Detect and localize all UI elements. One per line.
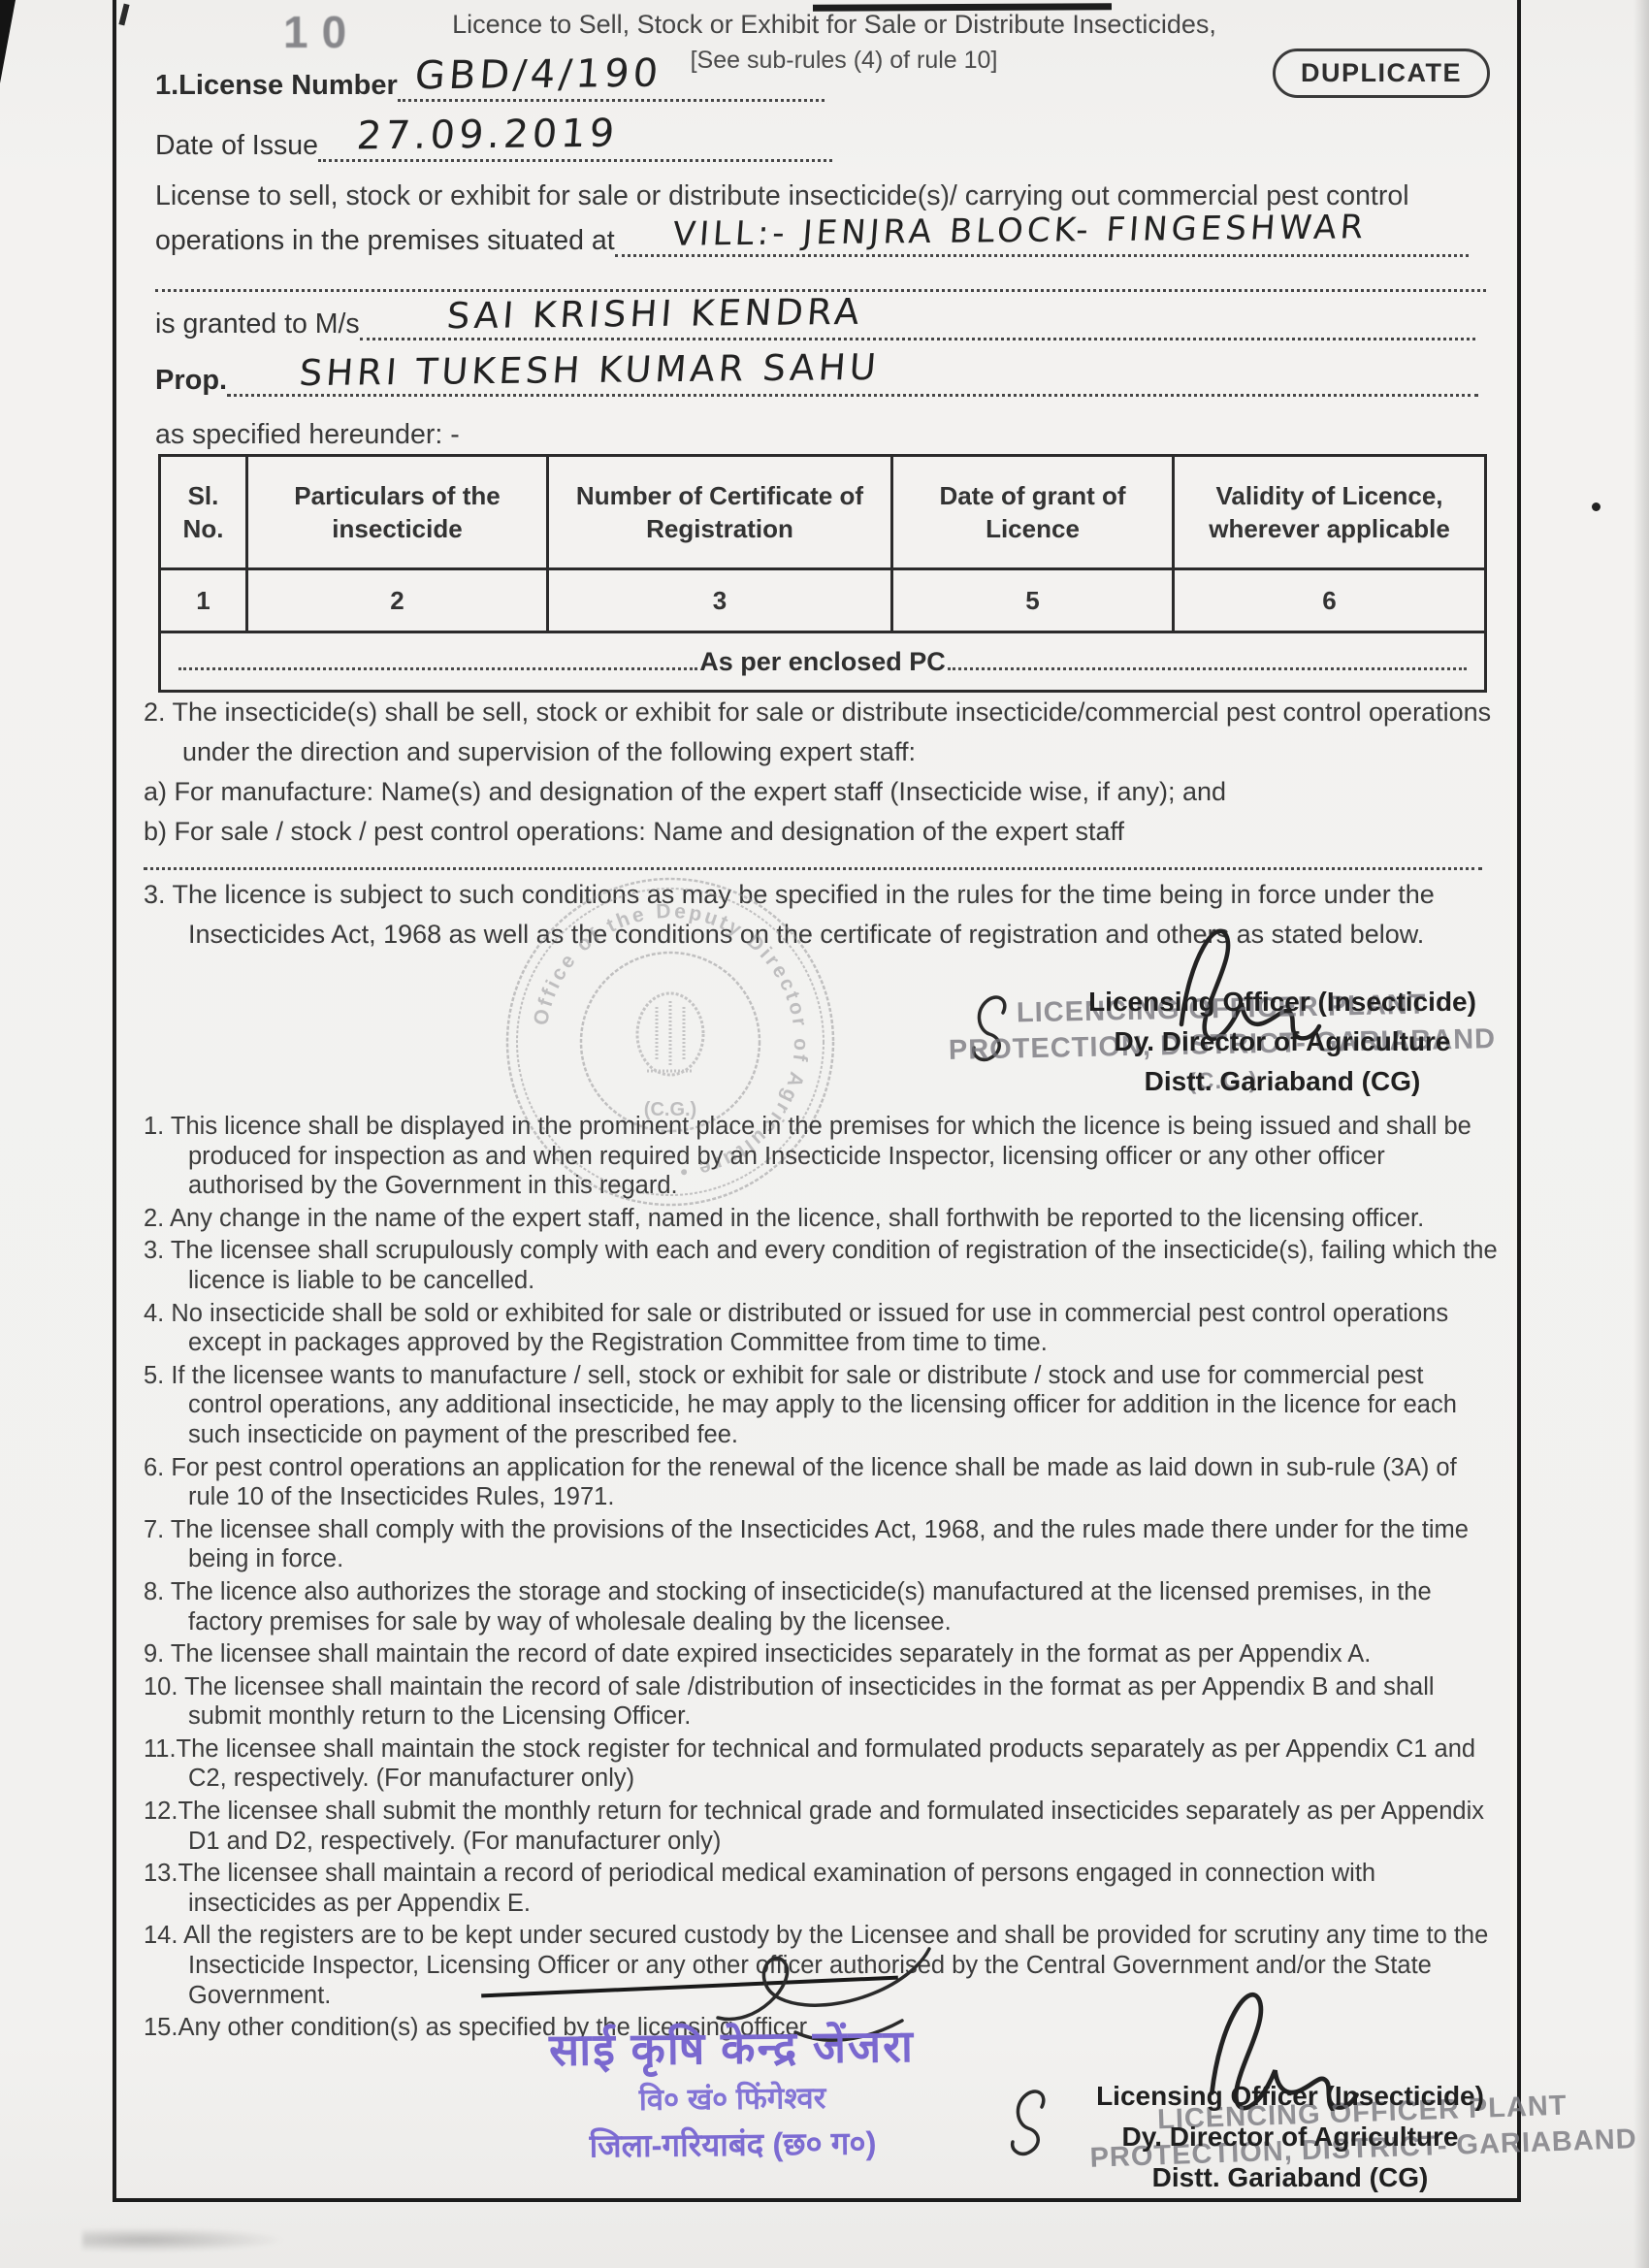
- condition-item-10: 10. The licensee shall maintain the reco…: [144, 1672, 1502, 1732]
- section-2-sub-b: b) For sale / stock / pest control opera…: [144, 812, 1502, 852]
- condition-item-9: 9. The licensee shall maintain the recor…: [144, 1639, 1502, 1669]
- officer-line2: Dy. Director of Agriculture: [1030, 1021, 1535, 1061]
- table-header-row: Sl. No. Particulars of the insecticide N…: [160, 456, 1486, 569]
- date-of-issue-field: Date of Issue 27.09.2019: [155, 130, 832, 162]
- premises-value: VILL:- JENJRA BLOCK- FINGESHWAR: [671, 208, 1369, 253]
- license-number-label: 1.License Number: [155, 70, 398, 102]
- premises-dots: VILL:- JENJRA BLOCK- FINGESHWAR: [615, 244, 1469, 257]
- colnum-2: 2: [247, 569, 548, 632]
- header-certificate: Number of Certificate of Registration: [548, 456, 892, 569]
- header-validity: Validity of Licence, wherever applicable: [1174, 456, 1486, 569]
- as-per-enclosed-text: As per enclosed PC: [697, 647, 948, 677]
- condition-item-12: 12.The licensee shall submit the monthly…: [144, 1797, 1502, 1856]
- granted-to-dots: SAI KRISHI KENDRA: [360, 328, 1475, 340]
- officer-line3: Distt. Gariaband (CG): [1030, 1061, 1535, 1101]
- stamp-emblem-icon: [637, 993, 703, 1075]
- officer-designation-block: Licensing Officer (Insecticide) Dy. Dire…: [1030, 982, 1535, 1101]
- condition-item-5: 5. If the licensee wants to manufacture …: [144, 1361, 1502, 1450]
- proprietor-label: Prop.: [155, 365, 227, 397]
- page-edge-shadow: [1633, 0, 1649, 2268]
- dot-leader-left: [178, 666, 697, 670]
- granted-to-value: SAI KRISHI KENDRA: [445, 291, 864, 337]
- granted-to-field: is granted to M/s SAI KRISHI KENDRA: [155, 308, 1475, 340]
- header-sl-no: Sl. No.: [160, 456, 247, 569]
- condition-item-11: 11.The licensee shall maintain the stock…: [144, 1734, 1502, 1794]
- officer-line1: Licensing Officer (Insecticide): [1030, 982, 1535, 1021]
- hereunder-label: as specified hereunder: -: [155, 419, 460, 451]
- section-2-sub-a: a) For manufacture: Name(s) and designat…: [144, 772, 1502, 812]
- scanned-licence-document: { "page": { "stamp_number": "10", "title…: [0, 0, 1649, 2268]
- license-number-value: GBD/4/190: [413, 51, 663, 99]
- form-number-stamp: 10: [283, 6, 360, 58]
- date-of-issue-dots: 27.09.2019: [318, 149, 832, 162]
- section-2-text: 2. The insecticide(s) shall be sell, sto…: [144, 693, 1502, 772]
- conditions-list: 1. This licence shall be displayed in th…: [144, 1112, 1502, 2046]
- granted-to-label: is granted to M/s: [155, 308, 360, 340]
- condition-item-6: 6. For pest control operations an applic…: [144, 1453, 1502, 1512]
- proprietor-dots: SHRI TUKESH KUMAR SAHU: [227, 384, 1478, 397]
- blank-dotted-line: [155, 279, 1486, 292]
- scan-smudge: [82, 2227, 286, 2252]
- condition-item-3: 3. The licensee shall scrupulously compl…: [144, 1236, 1502, 1295]
- scan-corner-artifact: [0, 0, 16, 83]
- header-particulars: Particulars of the insecticide: [247, 456, 548, 569]
- colnum-5: 5: [892, 569, 1174, 632]
- colnum-1: 1: [160, 569, 247, 632]
- condition-item-2: 2. Any change in the name of the expert …: [144, 1204, 1502, 1234]
- condition-item-7: 7. The licensee shall comply with the pr…: [144, 1515, 1502, 1574]
- officer-bottom-line3: Distt. Gariaband (CG): [1043, 2157, 1537, 2198]
- insecticide-table: Sl. No. Particulars of the insecticide N…: [158, 454, 1487, 693]
- dealer-stamp-line3: जिला-गरियाबंद (छ० ग०): [417, 2120, 1048, 2171]
- scan-speck: [1592, 502, 1600, 511]
- as-per-enclosed-cell: As per enclosed PC: [160, 632, 1486, 692]
- condition-item-13: 13.The licensee shall maintain a record …: [144, 1859, 1502, 1918]
- license-number-dots: GBD/4/190: [398, 89, 824, 102]
- proprietor-value: SHRI TUKESH KUMAR SAHU: [298, 346, 881, 394]
- officer-bottom-line2: Dy. Director of Agriculture: [1043, 2117, 1537, 2157]
- condition-item-4: 4. No insecticide shall be sold or exhib…: [144, 1299, 1502, 1358]
- duplicate-badge: DUPLICATE: [1273, 49, 1490, 98]
- section-2: 2. The insecticide(s) shall be sell, sto…: [144, 693, 1502, 870]
- date-of-issue-value: 27.09.2019: [355, 112, 620, 159]
- dealer-stamp-line1: साई कृषि केन्द्र जेंजरा: [416, 2017, 1048, 2080]
- dealer-stamp-line2: वि० खं० फिंगेश्वर: [417, 2073, 1048, 2126]
- condition-item-8: 8. The licence also authorizes the stora…: [144, 1577, 1502, 1636]
- proprietor-field: Prop. SHRI TUKESH KUMAR SAHU: [155, 365, 1478, 397]
- officer-designation-block-bottom: Licensing Officer (Insecticide) Dy. Dire…: [1043, 2076, 1537, 2198]
- dot-leader-right: [948, 666, 1467, 670]
- colnum-6: 6: [1174, 569, 1486, 632]
- table-span-row: As per enclosed PC: [160, 632, 1486, 692]
- condition-item-1: 1. This licence shall be displayed in th…: [144, 1112, 1502, 1201]
- document-title: Licence to Sell, Stock or Exhibit for Sa…: [369, 10, 1300, 40]
- intro-line: License to sell, stock or exhibit for sa…: [155, 180, 1409, 212]
- colnum-3: 3: [548, 569, 892, 632]
- license-number-field: 1.License Number GBD/4/190: [155, 70, 824, 102]
- section-2-dotted-line: [144, 858, 1482, 870]
- premises-field: operations in the premises situated at V…: [155, 225, 1469, 257]
- date-of-issue-label: Date of Issue: [155, 130, 318, 162]
- premises-label: operations in the premises situated at: [155, 225, 615, 257]
- header-date-grant: Date of grant of Licence: [892, 456, 1174, 569]
- dealer-stamp: साई कृषि केन्द्र जेंजरा वि० खं० फिंगेश्व…: [416, 2017, 1049, 2171]
- officer-bottom-line1: Licensing Officer (Insecticide): [1043, 2076, 1537, 2117]
- table-column-number-row: 1 2 3 5 6: [160, 569, 1486, 632]
